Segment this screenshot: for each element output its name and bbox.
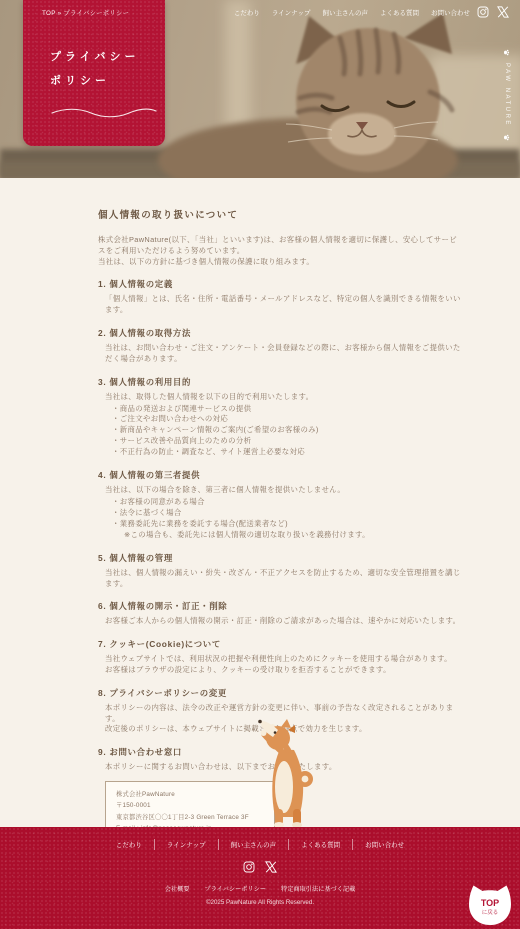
contact-company: 株式会社PawNature (116, 789, 264, 800)
nav-item-faq[interactable]: よくある質問 (380, 8, 419, 17)
footer-social (0, 861, 520, 873)
footer-nav-lineup[interactable]: ラインナップ (154, 839, 218, 850)
contact-postal: 〒150-0001 (116, 800, 264, 811)
paw-icon (504, 49, 511, 56)
list-item: ・ご注文やお問い合わせへの対応 (112, 414, 462, 425)
section-heading: 3. 個人情報の利用目的 (98, 376, 462, 388)
section-paragraph: 当社ウェブサイトでは、利用状況の把握や利便性向上のためにクッキーを使用する場合が… (98, 654, 462, 665)
section-heading: 4. 個人情報の第三者提供 (98, 469, 462, 481)
footer-link-company[interactable]: 会社概要 (165, 884, 190, 893)
section-paragraph: 当社は、個人情報の漏えい・紛失・改ざん・不正アクセスを防止するため、適切な安全管… (98, 568, 462, 590)
section-heading: 7. クッキー(Cookie)について (98, 638, 462, 650)
section-paragraph: 当社は、以下の場合を除き、第三者に個人情報を提供いたしません。 (98, 485, 462, 496)
list-item: ・商品の発送および関連サービスの提供 (112, 404, 462, 415)
footer-link-privacy[interactable]: プライバシーポリシー (204, 884, 266, 893)
section-paragraph: お客様ご本人からの個人情報の開示・訂正・削除のご請求があった場合は、速やかに対応… (98, 616, 462, 627)
back-to-top-button[interactable]: TOP に戻る (464, 881, 516, 926)
section-heading: 6. 個人情報の開示・訂正・削除 (98, 600, 462, 612)
main-content: 個人情報の取り扱いについて 株式会社PawNature(以下、「当社」といいます… (0, 178, 520, 827)
footer-link-commerce-law[interactable]: 特定商取引法に基づく記載 (281, 884, 355, 893)
breadcrumb[interactable]: TOP » プライバシーポリシー (23, 0, 165, 17)
footer-links: 会社概要 プライバシーポリシー 特定商取引法に基づく記載 (0, 884, 520, 893)
section-paragraph: お客様はブラウザの設定により、クッキーの受け取りを拒否することができます。 (98, 665, 462, 676)
paw-icon (504, 134, 511, 141)
footer-nav: こだわり ラインナップ 飼い主さんの声 よくある質問 お問い合わせ (0, 839, 520, 850)
instagram-icon[interactable] (477, 6, 489, 18)
section-heading: 8. プライバシーポリシーの変更 (98, 687, 462, 699)
section-definition: 1. 個人情報の定義 「個人情報」とは、氏名・住所・電話番号・メールアドレスなど… (98, 278, 462, 316)
header-nav: こだわり ラインナップ 飼い主さんの声 よくある質問 お問い合わせ (234, 8, 470, 17)
copyright: ©2025 PawNature All Rights Reserved. (0, 899, 520, 906)
list-item: ・新商品やキャンペーン情報のご案内(ご希望のお客様のみ) (112, 425, 462, 436)
nav-item-contact[interactable]: お問い合わせ (431, 8, 470, 17)
page-title-card: TOP » プライバシーポリシー プライバシー ポリシー (23, 0, 165, 146)
section-paragraph: 当社は、取得した個人情報を以下の目的で利用いたします。 (98, 392, 462, 403)
section-disclosure: 6. 個人情報の開示・訂正・削除 お客様ご本人からの個人情報の開示・訂正・削除の… (98, 600, 462, 627)
contact-email: E-mail : info@paaaaawnature.jp (116, 823, 264, 827)
footer-nav-contact[interactable]: お問い合わせ (352, 839, 416, 850)
bullet-list: ・商品の発送および関連サービスの提供 ・ご注文やお問い合わせへの対応 ・新商品や… (98, 404, 462, 459)
section-heading: 1. 個人情報の定義 (98, 278, 462, 290)
x-icon[interactable] (265, 861, 277, 873)
hero-section: TOP » プライバシーポリシー プライバシー ポリシー こだわり ラインナップ… (0, 0, 520, 178)
intro-paragraph: 株式会社PawNature(以下、「当社」といいます)は、お客様の個人情報を適切… (98, 235, 462, 257)
page-title: 個人情報の取り扱いについて (98, 207, 462, 221)
footer-nav-voices[interactable]: 飼い主さんの声 (218, 839, 289, 850)
back-to-top-line1: TOP (481, 898, 499, 908)
section-note: ※この場合も、委託先には個人情報の適切な取り扱いを義務付けます。 (98, 530, 462, 541)
hero-title-line2: ポリシー (50, 70, 139, 94)
side-brand-label: PAW NATURE (501, 35, 513, 155)
section-third-party: 4. 個人情報の第三者提供 当社は、以下の場合を除き、第三者に個人情報を提供いた… (98, 469, 462, 540)
intro-paragraph: 当社は、以下の方針に基づき個人情報の保護に取り組みます。 (98, 257, 462, 268)
hero-title-line1: プライバシー (50, 46, 139, 70)
intro-text: 株式会社PawNature(以下、「当社」といいます)は、お客様の個人情報を適切… (98, 235, 462, 267)
decorative-wave (49, 106, 159, 118)
footer: こだわり ラインナップ 飼い主さんの声 よくある質問 お問い合わせ 会社概要 プ… (0, 827, 520, 929)
nav-item-features[interactable]: こだわり (234, 8, 260, 17)
contact-address: 東京都渋谷区〇〇1丁目2-3 Green Terrace 3F (116, 812, 264, 823)
list-item: ・業務委託先に業務を委託する場合(配送業者など) (112, 519, 462, 530)
nav-item-voices[interactable]: 飼い主さんの声 (323, 8, 369, 17)
section-collection: 2. 個人情報の取得方法 当社は、お問い合わせ・ご注文・アンケート・会員登録など… (98, 327, 462, 365)
header-social (477, 6, 509, 18)
side-brand-text: PAW NATURE (504, 63, 510, 127)
nav-item-lineup[interactable]: ラインナップ (272, 8, 311, 17)
list-item: ・お客様の同意がある場合 (112, 497, 462, 508)
footer-nav-faq[interactable]: よくある質問 (288, 839, 352, 850)
section-paragraph: 当社は、お問い合わせ・ご注文・アンケート・会員登録などの際に、お客様から個人情報… (98, 343, 462, 365)
list-item: ・法令に基づく場合 (112, 508, 462, 519)
section-heading: 2. 個人情報の取得方法 (98, 327, 462, 339)
shiba-dog-illustration (250, 717, 332, 827)
back-to-top-line2: に戻る (482, 908, 499, 916)
section-purpose: 3. 個人情報の利用目的 当社は、取得した個人情報を以下の目的で利用いたします。… (98, 376, 462, 459)
instagram-icon[interactable] (243, 861, 255, 873)
footer-nav-features[interactable]: こだわり (104, 839, 154, 850)
list-item: ・不正行為の防止・調査など、サイト運営上必要な対応 (112, 447, 462, 458)
x-icon[interactable] (497, 6, 509, 18)
bullet-list: ・お客様の同意がある場合 ・法令に基づく場合 ・業務委託先に業務を委託する場合(… (98, 497, 462, 530)
page-title-hero: プライバシー ポリシー (50, 46, 139, 93)
list-item: ・サービス改善や品質向上のための分析 (112, 436, 462, 447)
section-paragraph: 「個人情報」とは、氏名・住所・電話番号・メールアドレスなど、特定の個人を識別でき… (98, 294, 462, 316)
section-management: 5. 個人情報の管理 当社は、個人情報の漏えい・紛失・改ざん・不正アクセスを防止… (98, 552, 462, 590)
section-cookie: 7. クッキー(Cookie)について 当社ウェブサイトでは、利用状況の把握や利… (98, 638, 462, 676)
section-heading: 5. 個人情報の管理 (98, 552, 462, 564)
